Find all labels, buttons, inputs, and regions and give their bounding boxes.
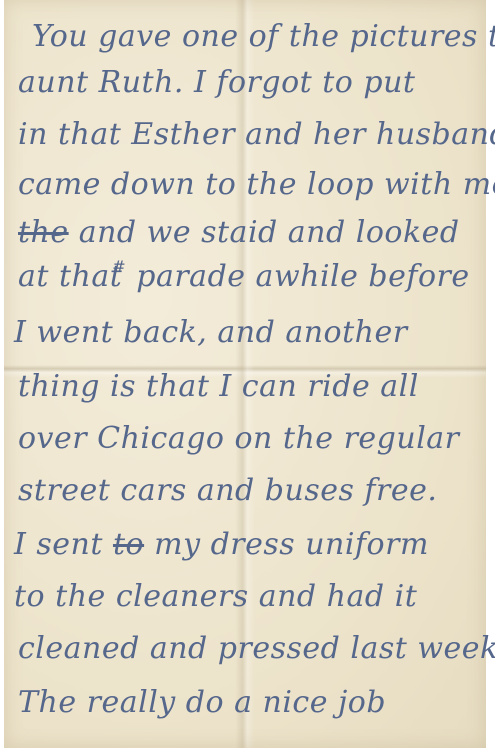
struck-word: the [18, 215, 69, 250]
line-text: my dress uniform [154, 527, 429, 562]
letter-line-3: in that Esther and her husband [18, 120, 495, 150]
letter-line-8: thing is that I can ride all [18, 372, 419, 402]
letter-line-4: came down to the loop with me. [18, 170, 495, 200]
letter-line-7: I went back, and another [14, 318, 408, 348]
letter-line-10: street cars and buses free. [18, 476, 437, 506]
letter-line-6: at that# parade awhile before [18, 262, 470, 292]
line-text: and we staid and looked [79, 215, 460, 250]
letter-line-11: I sent to my dress uniform [14, 530, 429, 560]
struck-word: to [113, 527, 144, 562]
letter-line-1: You gave one of the pictures to [32, 22, 495, 52]
letter-line-2: aunt Ruth. I forgot to put [18, 68, 415, 98]
letter-line-14: The really do a nice job [18, 688, 386, 718]
line-prefix: at that [18, 259, 122, 294]
letter-page: You gave one of the pictures to aunt Rut… [4, 0, 486, 748]
letter-line-12: to the cleaners and had it [14, 582, 417, 612]
letter-line-13: cleaned and pressed last week. [18, 634, 495, 664]
insertion-mark: # [112, 257, 126, 276]
letter-line-5: the and we staid and looked [18, 218, 460, 248]
letter-line-9: over Chicago on the regular [18, 424, 460, 454]
line-prefix: I sent [14, 527, 103, 562]
line-text: parade awhile before [136, 259, 469, 294]
